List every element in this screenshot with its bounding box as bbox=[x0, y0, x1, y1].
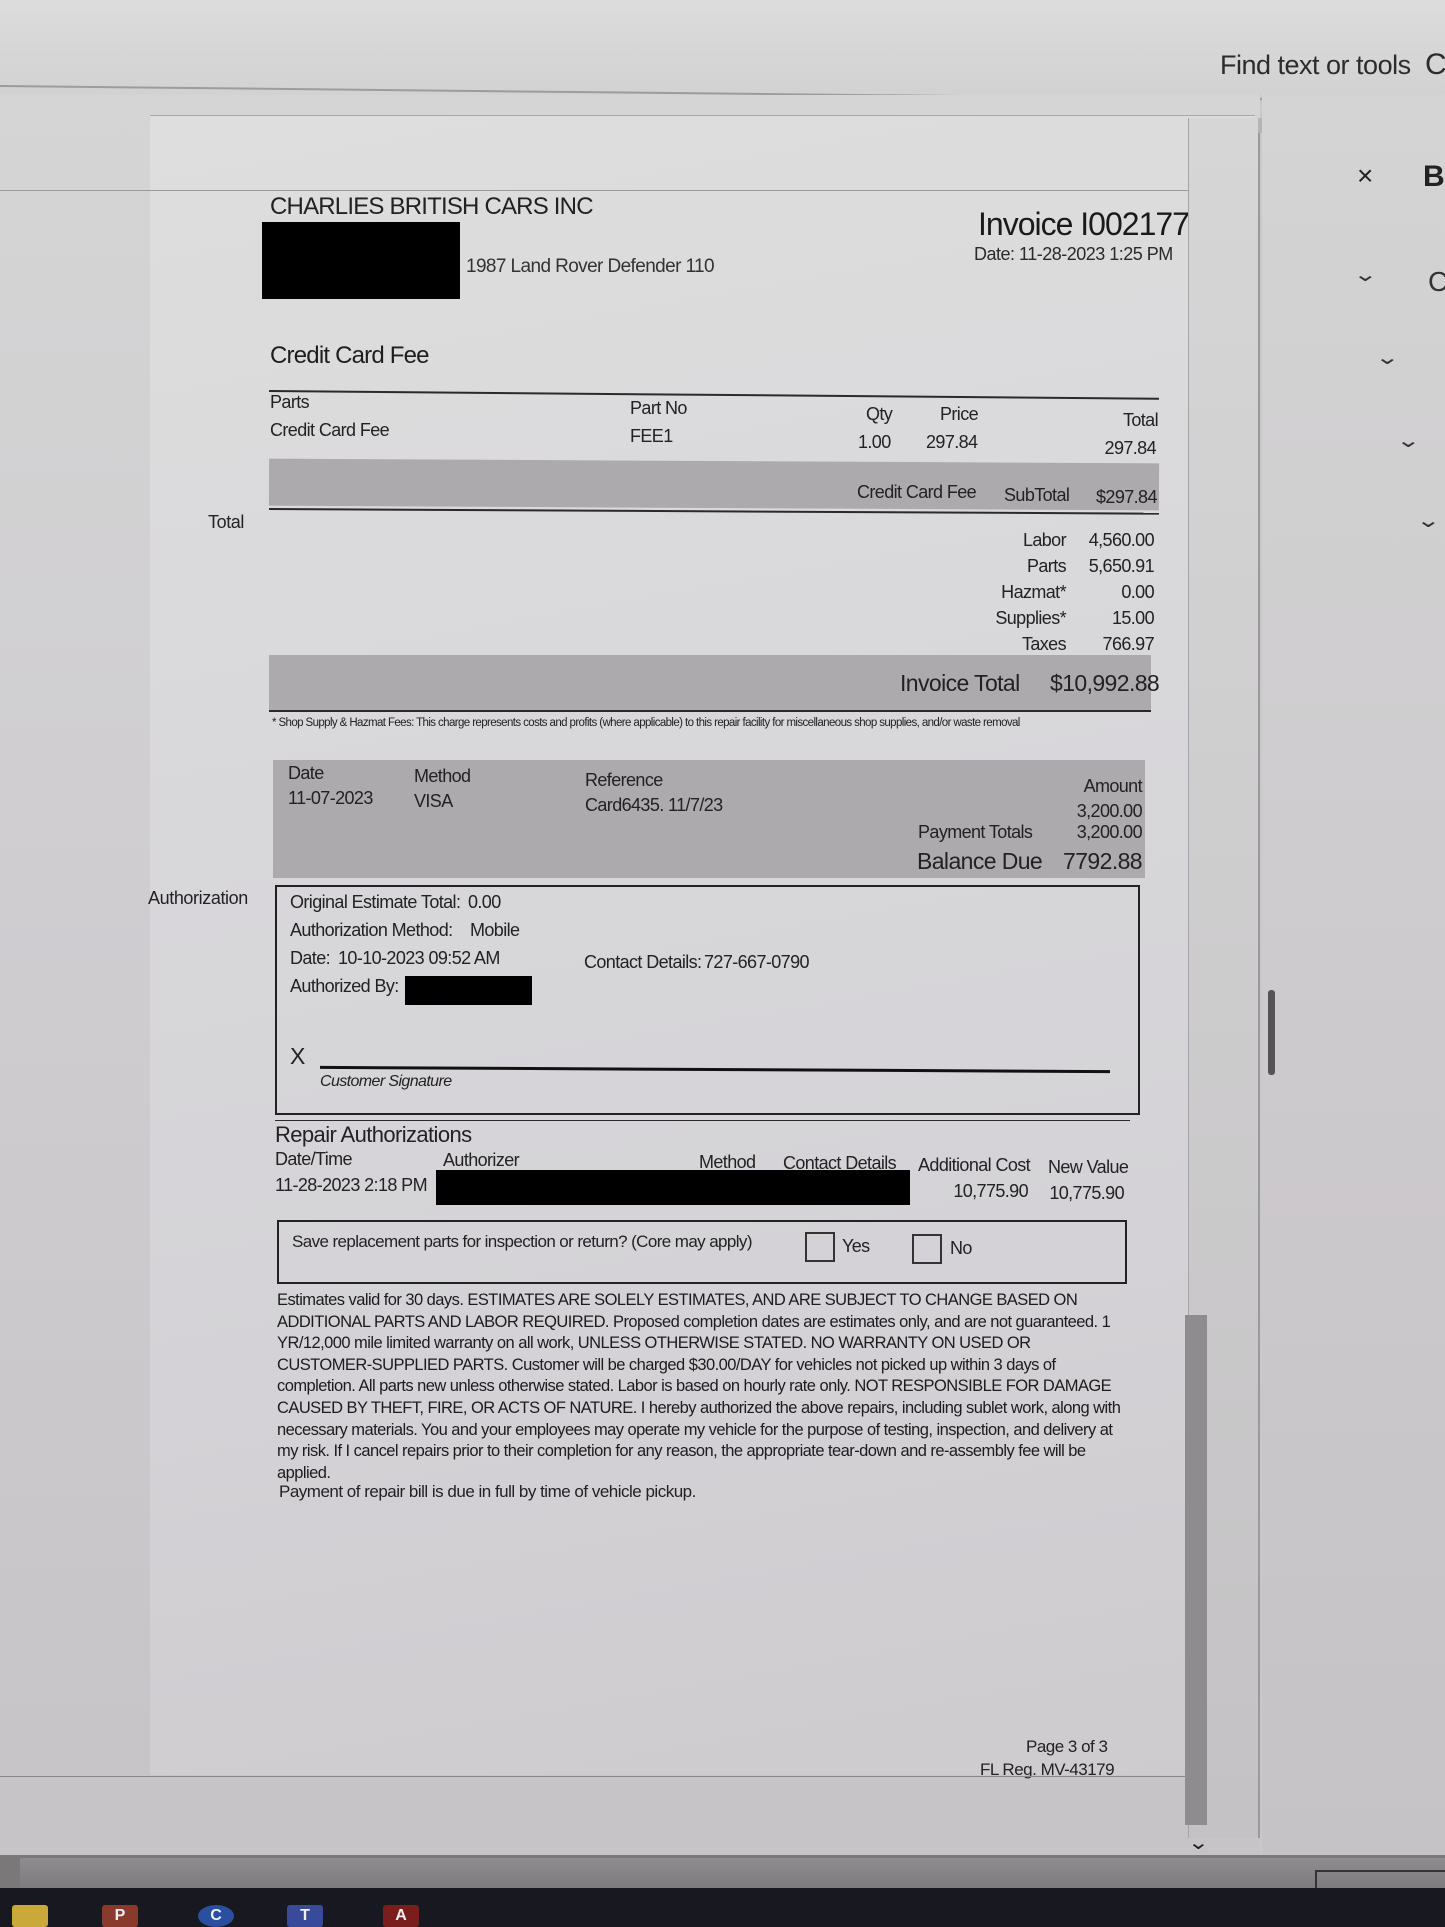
panel-resize-handle[interactable] bbox=[1268, 990, 1275, 1075]
payment-method: VISA bbox=[414, 791, 453, 812]
sidebar-label-total: Total bbox=[208, 512, 244, 533]
totals-label: Supplies* bbox=[966, 608, 1066, 629]
repair-authorizations-title: Repair Authorizations bbox=[275, 1122, 472, 1148]
invoice-total-value: $10,992.88 bbox=[1050, 670, 1159, 697]
part-number: FEE1 bbox=[630, 426, 673, 447]
authorized-by-label: Authorized By: bbox=[290, 976, 399, 997]
signature-mark: X bbox=[290, 1043, 305, 1070]
payment-totals-value: 3,200.00 bbox=[1040, 822, 1142, 843]
scroll-down-icon[interactable]: ⌄ bbox=[1187, 1830, 1209, 1855]
sidebar-label-authorization: Authorization bbox=[148, 888, 248, 909]
col-header-price: Price bbox=[940, 404, 978, 425]
contact-details-label: Contact Details: bbox=[584, 952, 701, 973]
part-description: Credit Card Fee bbox=[270, 420, 389, 441]
auth-method-label: Authorization Method: bbox=[290, 920, 453, 941]
payment-header-amount: Amount bbox=[1040, 776, 1142, 797]
repair-header-datetime: Date/Time bbox=[275, 1149, 352, 1170]
payment-reference: Card6435. 11/7/23 bbox=[585, 795, 723, 816]
section-title: Credit Card Fee bbox=[270, 342, 429, 370]
auth-bottom-rule bbox=[275, 1120, 1130, 1121]
auth-method-value: Mobile bbox=[470, 920, 519, 941]
col-header-parts: Parts bbox=[270, 392, 309, 413]
totals-value: 15.00 bbox=[1070, 608, 1154, 629]
subtotal-value: $297.84 bbox=[1096, 487, 1157, 508]
chrome-icon[interactable]: C bbox=[198, 1905, 234, 1927]
part-qty: 1.00 bbox=[858, 432, 891, 453]
balance-due-label: Balance Due bbox=[917, 848, 1042, 875]
repair-header-new-value: New Value bbox=[1048, 1157, 1128, 1178]
payment-amount: 3,200.00 bbox=[1040, 801, 1142, 822]
status-bar-field bbox=[1315, 1870, 1445, 1890]
save-parts-yes-label: Yes bbox=[842, 1236, 870, 1257]
totals-label: Labor bbox=[966, 530, 1066, 551]
chevron-down-icon[interactable]: ⌄ bbox=[1353, 262, 1378, 287]
save-parts-no-label: No bbox=[950, 1238, 972, 1259]
status-bar bbox=[20, 1858, 1445, 1888]
part-price: 297.84 bbox=[926, 432, 977, 453]
totals-value: 0.00 bbox=[1070, 582, 1154, 603]
acrobat-icon[interactable]: A bbox=[383, 1905, 419, 1927]
part-total: 297.84 bbox=[1080, 438, 1156, 459]
invoice-date: Date: 11-28-2023 1:25 PM bbox=[974, 244, 1173, 265]
invoice-number: Invoice I002177 bbox=[978, 206, 1189, 243]
totals-label: Taxes bbox=[966, 634, 1066, 655]
chevron-down-icon[interactable]: ⌄ bbox=[1396, 428, 1421, 453]
balance-due-value: 7792.88 bbox=[1030, 848, 1142, 875]
totals-label: Hazmat* bbox=[966, 582, 1066, 603]
totals-value: 4,560.00 bbox=[1070, 530, 1154, 551]
chevron-down-icon[interactable]: ⌄ bbox=[1375, 345, 1400, 370]
panel-item-label[interactable]: C bbox=[1428, 266, 1445, 298]
repair-header-additional-cost: Additional Cost bbox=[918, 1155, 1030, 1176]
payment-date: 11-07-2023 bbox=[288, 788, 373, 809]
redacted-repair-authorizer bbox=[436, 1170, 910, 1205]
totals-value: 766.97 bbox=[1070, 634, 1154, 655]
signature-caption: Customer Signature bbox=[320, 1073, 452, 1091]
col-header-part-no: Part No bbox=[630, 398, 687, 419]
repair-additional-cost: 10,775.90 bbox=[920, 1181, 1028, 1202]
scrollbar-thumb[interactable] bbox=[1185, 1315, 1207, 1825]
auth-date-value: 10-10-2023 09:52 AM bbox=[338, 948, 500, 969]
repair-new-value: 10,775.90 bbox=[1040, 1183, 1124, 1204]
invoice-total-rule bbox=[269, 710, 1151, 712]
save-parts-no-checkbox[interactable] bbox=[912, 1234, 942, 1264]
original-estimate-label: Original Estimate Total: bbox=[290, 892, 460, 913]
chevron-down-icon[interactable]: ⌄ bbox=[1416, 508, 1441, 533]
redacted-authorizer bbox=[405, 976, 532, 1005]
company-name: CHARLIES BRITISH CARS INC bbox=[270, 193, 593, 221]
powerpoint-icon[interactable]: P bbox=[102, 1905, 138, 1927]
file-explorer-icon[interactable] bbox=[12, 1905, 48, 1927]
payment-header-method: Method bbox=[414, 766, 470, 787]
payment-header-date: Date bbox=[288, 763, 324, 784]
teams-icon[interactable]: T bbox=[287, 1905, 323, 1927]
payment-totals-label: Payment Totals bbox=[918, 822, 1032, 843]
terms-and-conditions: Estimates valid for 30 days. ESTIMATES A… bbox=[277, 1290, 1127, 1484]
save-parts-box bbox=[277, 1220, 1127, 1284]
totals-value: 5,650.91 bbox=[1070, 556, 1154, 577]
totals-label: Parts bbox=[966, 556, 1066, 577]
toolbar-trailing-icon[interactable]: C bbox=[1425, 48, 1445, 82]
page-bottom-edge bbox=[0, 1776, 1190, 1777]
registration-number: FL Reg. MV-43179 bbox=[980, 1760, 1114, 1780]
tools-panel bbox=[1262, 95, 1445, 1855]
repair-header-authorizer: Authorizer bbox=[443, 1150, 519, 1171]
subtotal-caption: SubTotal bbox=[1004, 485, 1069, 506]
save-parts-question: Save replacement parts for inspection or… bbox=[292, 1232, 752, 1252]
page-number: Page 3 of 3 bbox=[1026, 1737, 1107, 1757]
find-text-search[interactable]: Find text or tools bbox=[1220, 50, 1411, 81]
original-estimate-value: 0.00 bbox=[468, 892, 501, 913]
redacted-customer-info bbox=[262, 222, 460, 299]
auth-date-label: Date: bbox=[290, 948, 330, 969]
col-header-total: Total bbox=[1100, 410, 1158, 431]
payment-header-reference: Reference bbox=[585, 770, 663, 791]
payment-due-note: Payment of repair bill is due in full by… bbox=[279, 1482, 696, 1502]
repair-datetime: 11-28-2023 2:18 PM bbox=[275, 1175, 427, 1196]
invoice-total-label: Invoice Total bbox=[900, 670, 1020, 697]
vehicle-description: 1987 Land Rover Defender 110 bbox=[466, 256, 714, 278]
save-parts-yes-checkbox[interactable] bbox=[805, 1232, 835, 1262]
contact-details-value: 727-667-0790 bbox=[704, 952, 809, 973]
page-top-edge bbox=[0, 190, 1255, 191]
col-header-qty: Qty bbox=[866, 404, 892, 425]
subtotal-section-label: Credit Card Fee bbox=[857, 482, 976, 503]
close-icon[interactable]: × bbox=[1357, 160, 1373, 192]
panel-header-label: B bbox=[1423, 160, 1445, 194]
shop-supply-footnote: * Shop Supply & Hazmat Fees: This charge… bbox=[272, 717, 1020, 729]
